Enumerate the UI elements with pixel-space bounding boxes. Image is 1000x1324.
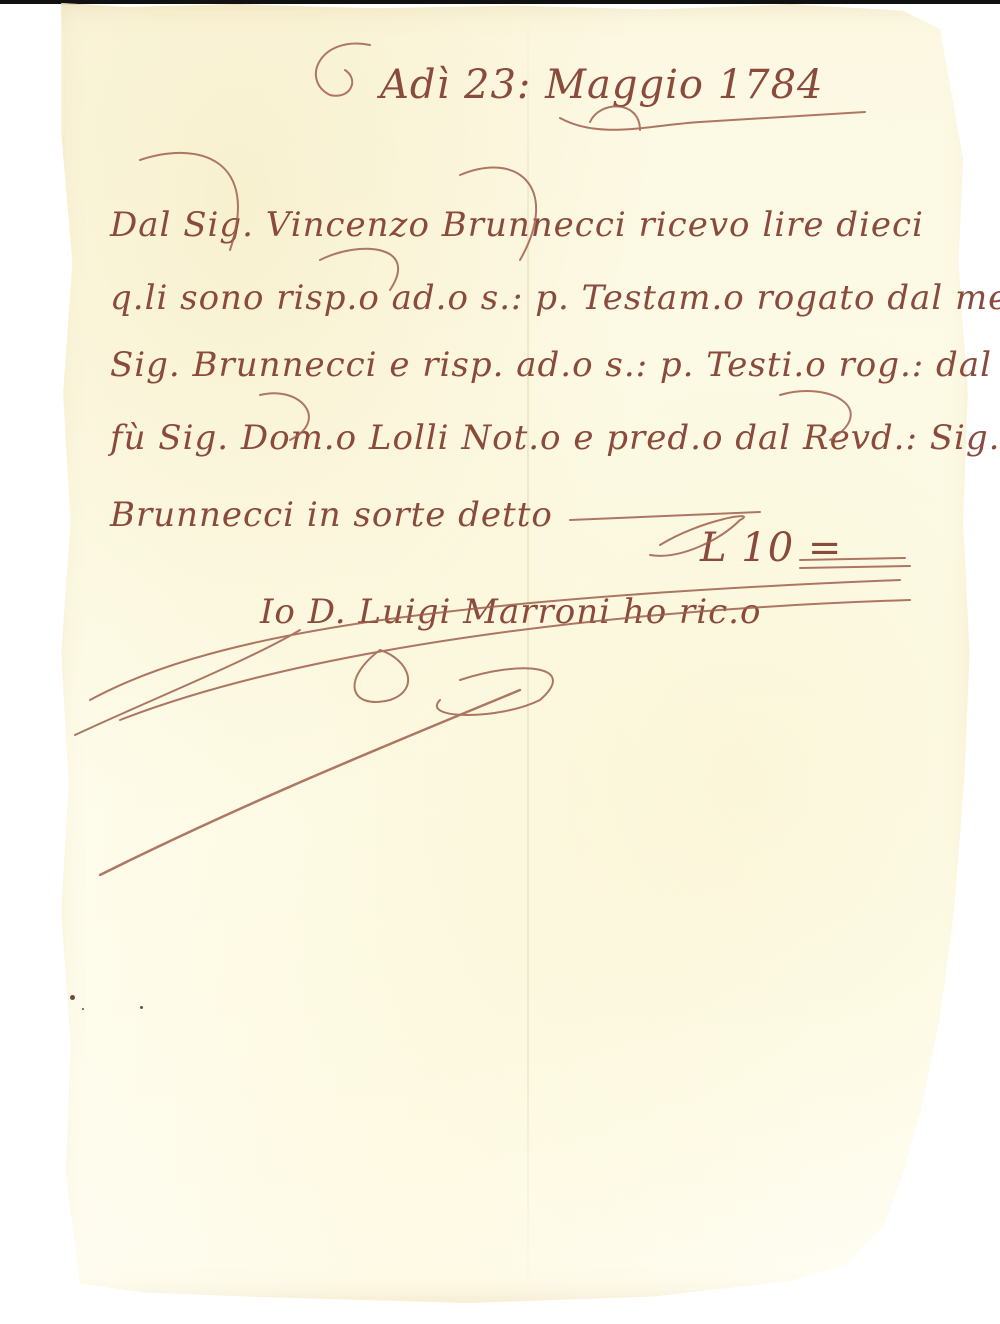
signature: Io D. Luigi Marroni ho ric.o: [260, 592, 761, 632]
receipt-line-3: Sig. Brunnecci e risp. ad.o s.: p. Testi…: [110, 345, 992, 385]
aged-paper-sheet: [52, 3, 977, 1303]
receipt-line-4: fù Sig. Dom.o Lolli Not.o e pred.o dal R…: [110, 418, 1000, 458]
date-heading: Adì 23: Maggio 1784: [380, 62, 824, 108]
scan-top-border: [0, 0, 1000, 4]
paper-edge-stain: [52, 3, 977, 1303]
receipt-line-5: Brunnecci in sorte detto: [110, 495, 553, 535]
ink-speck: [82, 1008, 84, 1010]
receipt-line-2: q.li sono risp.o ad.o s.: p. Testam.o ro…: [110, 278, 1000, 318]
receipt-line-1: Dal Sig. Vincenzo Brunnecci ricevo lire …: [110, 205, 924, 245]
ink-speck: [70, 995, 75, 1000]
paper-fold-line: [527, 3, 529, 1303]
ink-speck: [140, 1006, 143, 1009]
amount-lire: L 10 =: [700, 525, 842, 571]
